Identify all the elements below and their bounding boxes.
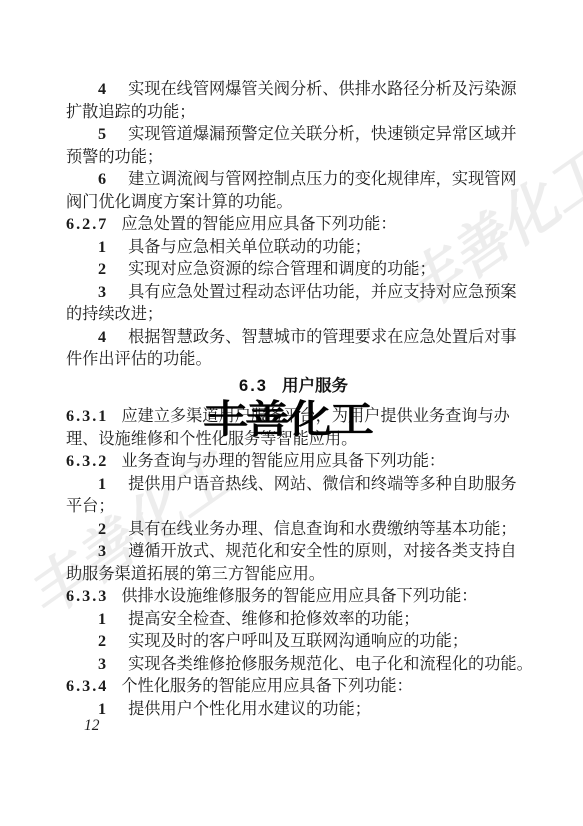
page-number: 12 bbox=[84, 717, 100, 735]
line-text: 阀门优化调度方案计算的功能。 bbox=[66, 193, 293, 211]
clause-number: 6.2.7 bbox=[66, 215, 108, 233]
line-text: 平台； bbox=[66, 497, 115, 515]
text-line: 2具有在线业务办理、信息查询和水费缴纳等基本功能； bbox=[66, 518, 521, 541]
line-text: 实现管道爆漏预警定位关联分析，快速锁定异常区域并 bbox=[128, 125, 517, 143]
line-text: 实现及时的客户呼叫及互联网沟通响应的功能； bbox=[128, 632, 468, 650]
line-text: 具有应急处置过程动态评估功能，并应支持对应急预案 bbox=[128, 283, 517, 301]
text-line: 件作出评估的功能。 bbox=[66, 348, 521, 371]
clause-number: 2 bbox=[98, 520, 106, 538]
clause-number: 1 bbox=[98, 610, 106, 628]
text-line: 平台； bbox=[66, 495, 521, 518]
text-line: 阀门优化调度方案计算的功能。 bbox=[66, 191, 521, 214]
text-line: 预警的功能； bbox=[66, 146, 521, 169]
text-line: 3具有应急处置过程动态评估功能，并应支持对应急预案 bbox=[66, 281, 521, 304]
text-line: 1提供用户语音热线、网站、微信和终端等多种自助服务 bbox=[66, 473, 521, 496]
text-line: 1具备与应急相关单位联动的功能； bbox=[66, 236, 521, 259]
line-text: 实现各类维修抢修服务规范化、电子化和流程化的功能。 bbox=[128, 655, 533, 673]
text-line: 3遵循开放式、规范化和安全性的原则，对接各类支持自 bbox=[66, 540, 521, 563]
clause-number: 6.3.1 bbox=[66, 407, 108, 425]
clause-lines-block: 4实现在线管网爆管关阀分析、供排水路径分析及污染源扩散追踪的功能；5实现管道爆漏… bbox=[66, 78, 521, 371]
document-page: 丰善化工 丰善化工 4实现在线管网爆管关阀分析、供排水路径分析及污染源扩散追踪的… bbox=[0, 0, 583, 826]
line-text: 供排水设施维修服务的智能应用应具备下列功能： bbox=[121, 587, 477, 605]
text-line: 的持续改进； bbox=[66, 303, 521, 326]
clause-number: 6.3.4 bbox=[66, 677, 108, 695]
clause-number: 4 bbox=[98, 80, 106, 98]
clause-number: 6 bbox=[98, 170, 106, 188]
clause-number: 6.3.2 bbox=[66, 452, 108, 470]
clause-lines-block: 6.3.1应建立多渠道用户服务平台，为用户提供业务查询与办理、设施维修和个性化服… bbox=[66, 405, 521, 720]
text-line: 3实现各类维修抢修服务规范化、电子化和流程化的功能。 bbox=[66, 653, 521, 676]
text-line: 1提高安全检查、维修和抢修效率的功能； bbox=[66, 608, 521, 631]
clause-number: 1 bbox=[98, 238, 106, 256]
line-text: 助服务渠道拓展的第三方智能应用。 bbox=[66, 565, 325, 583]
clause-number: 4 bbox=[98, 328, 106, 346]
clause-number: 3 bbox=[98, 542, 106, 560]
text-line: 4根据智慧政务、智慧城市的管理要求在应急处置后对事 bbox=[66, 326, 521, 349]
text-line: 4实现在线管网爆管关阀分析、供排水路径分析及污染源 bbox=[66, 78, 521, 101]
line-text: 实现在线管网爆管关阀分析、供排水路径分析及污染源 bbox=[128, 80, 517, 98]
line-text: 个性化服务的智能应用应具备下列功能： bbox=[121, 677, 412, 695]
line-text: 提供用户个性化用水建议的功能； bbox=[128, 700, 371, 718]
clause-number: 1 bbox=[98, 475, 106, 493]
line-text: 遵循开放式、规范化和安全性的原则，对接各类支持自 bbox=[128, 542, 517, 560]
clause-number: 3 bbox=[98, 655, 106, 673]
clause-number: 1 bbox=[98, 700, 106, 718]
text-line: 扩散追踪的功能； bbox=[66, 101, 521, 124]
text-line: 6.3.2业务查询与办理的智能应用应具备下列功能： bbox=[66, 450, 521, 473]
text-line: 2实现对应急资源的综合管理和调度的功能； bbox=[66, 258, 521, 281]
line-text: 件作出评估的功能。 bbox=[66, 350, 212, 368]
line-text: 建立调流阀与管网控制点压力的变化规律库，实现管网 bbox=[128, 170, 517, 188]
line-text: 实现对应急资源的综合管理和调度的功能； bbox=[128, 260, 436, 278]
watermark-overlay: 丰善化工 bbox=[203, 388, 371, 444]
text-line: 6.2.7应急处置的智能应用应具备下列功能： bbox=[66, 213, 521, 236]
text-line: 2实现及时的客户呼叫及互联网沟通响应的功能； bbox=[66, 630, 521, 653]
text-line: 6.3.4个性化服务的智能应用应具备下列功能： bbox=[66, 675, 521, 698]
clause-number: 2 bbox=[98, 260, 106, 278]
line-text: 具有在线业务办理、信息查询和水费缴纳等基本功能； bbox=[128, 520, 517, 538]
line-text: 预警的功能； bbox=[66, 148, 163, 166]
line-text: 业务查询与办理的智能应用应具备下列功能： bbox=[121, 452, 445, 470]
clause-number: 6.3.3 bbox=[66, 587, 108, 605]
clause-number: 5 bbox=[98, 125, 106, 143]
line-text: 扩散追踪的功能； bbox=[66, 103, 196, 121]
clause-number: 3 bbox=[98, 283, 106, 301]
line-text: 提供用户语音热线、网站、微信和终端等多种自助服务 bbox=[128, 475, 517, 493]
text-line: 1提供用户个性化用水建议的功能； bbox=[66, 698, 521, 721]
text-line: 6建立调流阀与管网控制点压力的变化规律库，实现管网 bbox=[66, 168, 521, 191]
line-text: 具备与应急相关单位联动的功能； bbox=[128, 238, 371, 256]
text-line: 6.3.3供排水设施维修服务的智能应用应具备下列功能： bbox=[66, 585, 521, 608]
line-text: 的持续改进； bbox=[66, 305, 163, 323]
text-line: 助服务渠道拓展的第三方智能应用。 bbox=[66, 563, 521, 586]
line-text: 提高安全检查、维修和抢修效率的功能； bbox=[128, 610, 419, 628]
text-line: 5实现管道爆漏预警定位关联分析，快速锁定异常区域并 bbox=[66, 123, 521, 146]
line-text: 应急处置的智能应用应具备下列功能： bbox=[121, 215, 396, 233]
line-text: 根据智慧政务、智慧城市的管理要求在应急处置后对事 bbox=[128, 328, 517, 346]
clause-number: 2 bbox=[98, 632, 106, 650]
